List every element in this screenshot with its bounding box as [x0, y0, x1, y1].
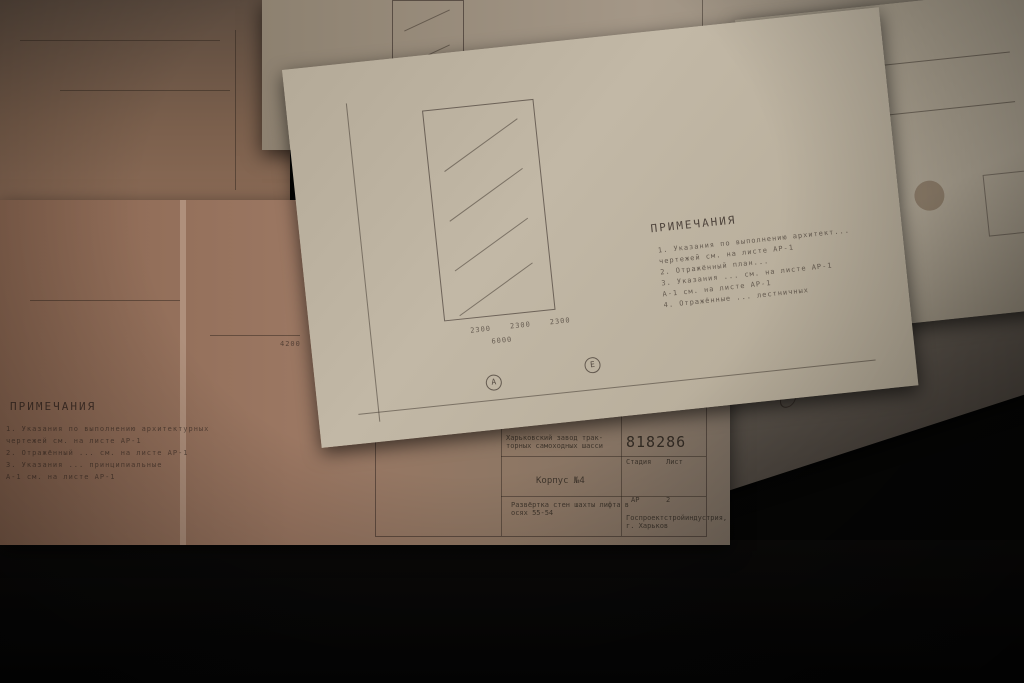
left-note-line: 2. Отражённый ... см. на листе АР-1 — [6, 449, 189, 457]
main-notes-title: ПРИМЕЧАНИЯ — [650, 213, 737, 235]
axis-marker-a: А — [485, 374, 503, 392]
dimension-label: 2300 — [510, 320, 532, 330]
left-note-line: чертежей см. на листе АР-1 — [6, 437, 142, 445]
blueprint-photo: ПРИМЕЧАНИЯ 1. Указания по выполнению арх… — [0, 0, 1024, 683]
left-note-line: А-1 см. на листе АР-1 — [6, 473, 116, 481]
dimension-label: 2300 — [549, 316, 571, 326]
staircase-section — [422, 99, 556, 322]
sheet-value: 2 — [666, 496, 670, 504]
drawing-title: Развёртка стен шахты лифта в осях 55-54 — [511, 501, 631, 517]
stain — [913, 179, 946, 212]
dimension-label: 2300 — [470, 325, 492, 335]
back-left-sheet — [0, 0, 290, 205]
left-notes-title: ПРИМЕЧАНИЯ — [10, 400, 96, 413]
left-dimension: 4200 — [280, 340, 301, 348]
dark-table-surface — [0, 540, 1024, 683]
building-name: Корпус №4 — [536, 476, 585, 486]
dimension-label: 6000 — [491, 335, 513, 345]
organization-name: Харьковский завод трак-торных самоходных… — [506, 434, 626, 450]
left-note-line: 3. Указания ... принципиальные — [6, 461, 162, 469]
left-note-line: 1. Указания по выполнению архитектурных — [6, 425, 209, 433]
institute-name: Госпроектстройиндустрия, г. Харьков — [626, 514, 706, 530]
sheet-label: Лист — [666, 458, 683, 466]
mark-value: АР — [631, 496, 639, 504]
axis-marker-e: Е — [584, 356, 602, 374]
main-sheet: 2300 2300 6000 2300 А Е ПРИМЕЧАНИЯ 1. Ук… — [282, 7, 918, 448]
document-number: 818286 — [626, 433, 686, 451]
stage-label: Стадия — [626, 458, 651, 466]
